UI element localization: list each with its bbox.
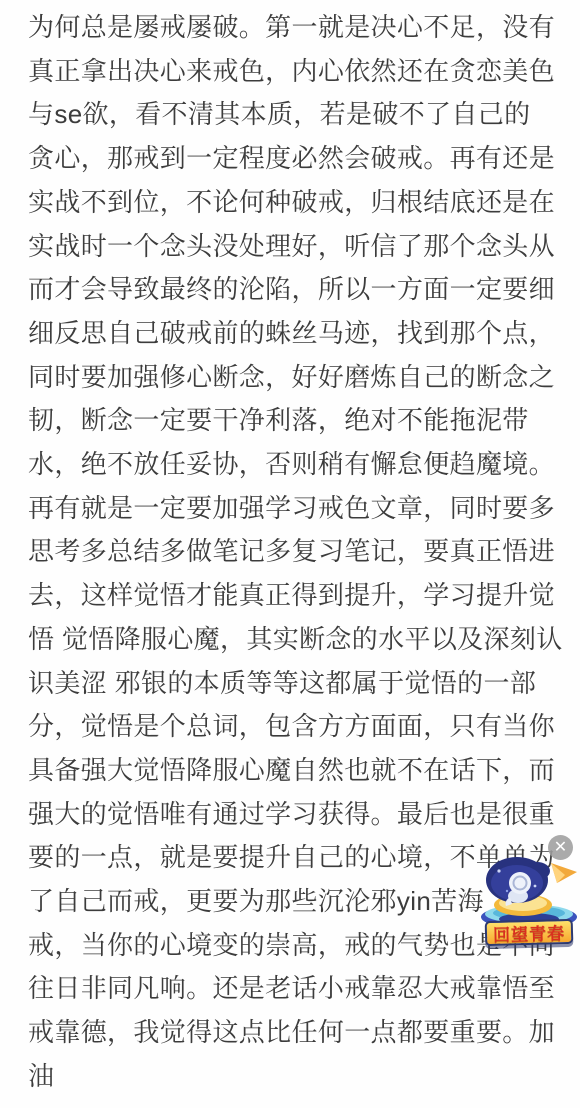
watermark-sticker: ✕ 回望青春 [460, 828, 580, 958]
text-line: 油 [28, 1055, 556, 1099]
text-line: 水，绝不放任妥协，否则稍有懈怠便趋魔境。 [28, 443, 556, 487]
page: { "page": { "background_color": "#fefefe… [0, 0, 580, 1108]
text-line: 去，这样觉悟才能真正得到提升，学习提升觉 [28, 574, 556, 618]
text-line: 与se欲，看不清其本质，若是破不了自己的 [28, 93, 556, 137]
watermark-badge-label: 回望青春 [493, 919, 566, 946]
text-line: 贪心，那戒到一定程度必然会破戒。再有还是 [28, 137, 556, 181]
text-line: 同时要加强修心断念，好好磨炼自己的断念之 [28, 356, 556, 400]
text-line: 韧，断念一定要干净利落，绝对不能拖泥带 [28, 399, 556, 443]
text-line: 戒靠德，我觉得这点比任何一点都要重要。加 [28, 1011, 556, 1055]
text-line: 而才会导致最终的沦陷，所以一方面一定要细 [28, 268, 556, 312]
text-line: 识美涩 邪银的本质等等这都属于觉悟的一部 [28, 662, 556, 706]
text-line: 思考多总结多做笔记多复习笔记，要真正悟进 [28, 530, 556, 574]
text-line: 真正拿出决心来戒色，内心依然还在贪恋美色 [28, 50, 556, 94]
text-line: 细反思自己破戒前的蛛丝马迹，找到那个点， [28, 312, 556, 356]
text-line: 为何总是屡戒屡破。第一就是决心不足，没有 [28, 6, 556, 50]
text-line: 具备强大觉悟降服心魔自然也就不在话下，而 [28, 749, 556, 793]
text-line: 实战不到位，不论何种破戒，归根结底还是在 [28, 181, 556, 225]
watermark-badge: 回望青春 [485, 919, 574, 946]
text-line: 分，觉悟是个总词，包含方方面面，只有当你 [28, 705, 556, 749]
text-line: 实战时一个念头没处理好，听信了那个念头从 [28, 225, 556, 269]
text-line: 悟 觉悟降服心魔，其实断念的水平以及深刻认 [28, 618, 556, 662]
text-line: 再有就是一定要加强学习戒色文章，同时要多 [28, 487, 556, 531]
text-line: 往日非同凡响。还是老话小戒靠忍大戒靠悟至 [28, 967, 556, 1011]
